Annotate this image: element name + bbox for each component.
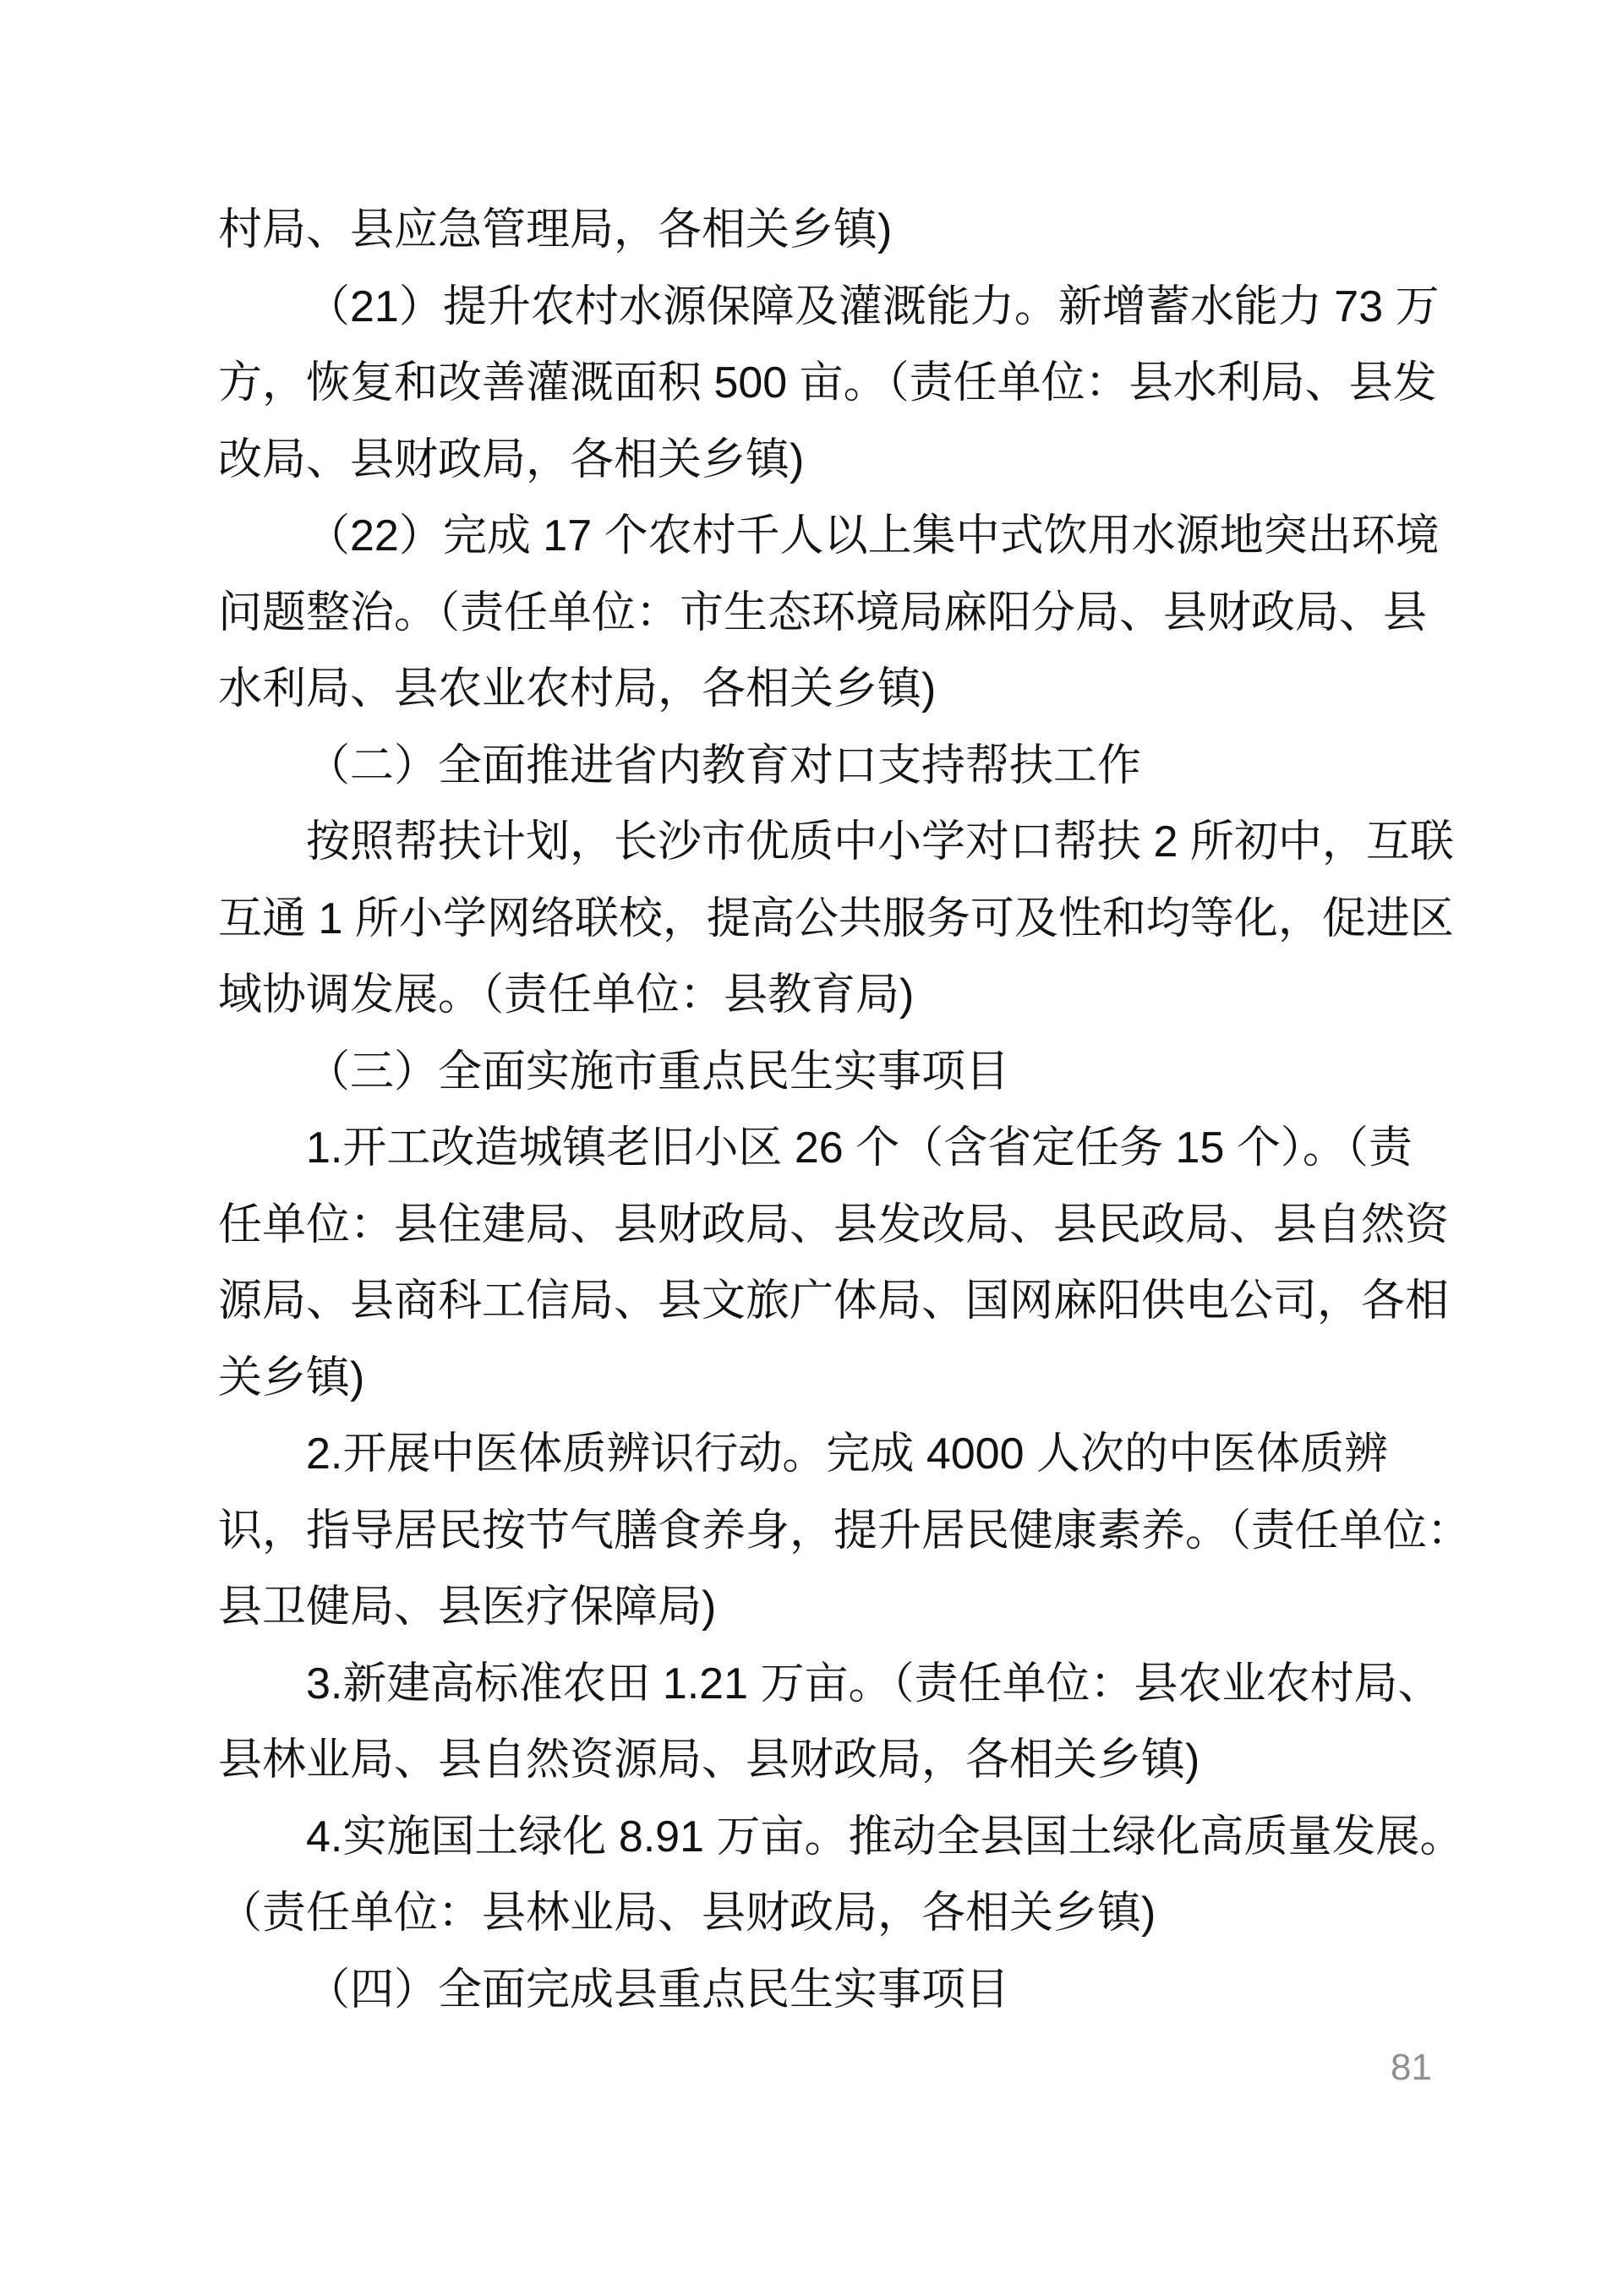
text-line: 改局、县财政局，各相关乡镇) (218, 422, 1452, 499)
text-line: （四）全面完成县重点民生实事项目 (218, 1952, 1452, 2029)
text-line: 水利局、县农业农村局，各相关乡镇) (218, 651, 1452, 728)
text-line: 关乡镇) (218, 1340, 1452, 1417)
text-line: 按照帮扶计划，长沙市优质中小学对口帮扶 2 所初中，互联 (218, 804, 1452, 881)
text-line: 互通 1 所小学网络联校，提高公共服务可及性和均等化，促进区 (218, 881, 1452, 958)
text-line: 县卫健局、县医疗保障局) (218, 1569, 1452, 1646)
text-line: （22）完成 17 个农村千人以上集中式饮用水源地突出环境 (218, 498, 1452, 575)
text-line: （责任单位：县林业局、县财政局，各相关乡镇) (218, 1875, 1452, 1952)
text-line: 2.开展中医体质辨识行动。完成 4000 人次的中医体质辨 (218, 1416, 1452, 1493)
page-number: 81 (1391, 2049, 1432, 2086)
text-line: 3.新建高标准农田 1.21 万亩。（责任单位：县农业农村局、 (218, 1646, 1452, 1723)
text-line: （21）提升农村水源保障及灌溉能力。新增蓄水能力 73 万 (218, 269, 1452, 346)
text-line: 县林业局、县自然资源局、县财政局，各相关乡镇) (218, 1722, 1452, 1799)
text-line: 任单位：县住建局、县财政局、县发改局、县民政局、县自然资 (218, 1187, 1452, 1264)
text-line: 问题整治。（责任单位：市生态环境局麻阳分局、县财政局、县 (218, 575, 1452, 652)
document-text-block: 村局、县应急管理局，各相关乡镇)（21）提升农村水源保障及灌溉能力。新增蓄水能力… (218, 192, 1452, 2028)
text-line: 域协调发展。（责任单位：县教育局) (218, 957, 1452, 1034)
text-line: （三）全面实施市重点民生实事项目 (218, 1034, 1452, 1111)
text-line: 4.实施国土绿化 8.91 万亩。推动全县国土绿化高质量发展。 (218, 1799, 1452, 1876)
text-line: 识，指导居民按节气膳食养身，提升居民健康素养。（责任单位： (218, 1493, 1452, 1570)
text-line: 村局、县应急管理局，各相关乡镇) (218, 192, 1452, 269)
text-line: （二）全面推进省内教育对口支持帮扶工作 (218, 728, 1452, 805)
document-page: 村局、县应急管理局，各相关乡镇)（21）提升农村水源保障及灌溉能力。新增蓄水能力… (0, 0, 1623, 2296)
text-line: 方，恢复和改善灌溉面积 500 亩。（责任单位：县水利局、县发 (218, 345, 1452, 422)
text-line: 1.开工改造城镇老旧小区 26 个（含省定任务 15 个）。（责 (218, 1110, 1452, 1187)
text-line: 源局、县商科工信局、县文旅广体局、国网麻阳供电公司，各相 (218, 1263, 1452, 1340)
